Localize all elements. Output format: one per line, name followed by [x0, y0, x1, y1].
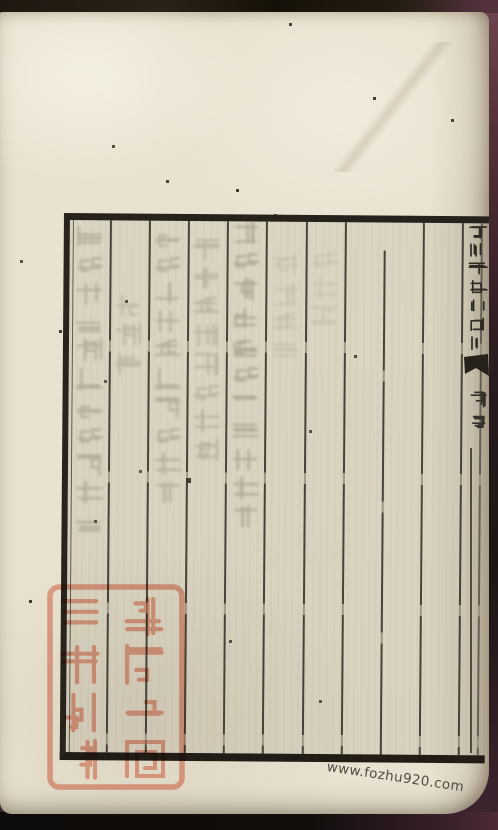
bleedthrough-text-column: [191, 236, 222, 472]
bleedthrough-text-column: [270, 252, 301, 374]
book-board-edge-bottom: [0, 812, 498, 830]
paper-crease: [300, 42, 485, 172]
column-rule-line: [458, 223, 464, 755]
bleedthrough-text-column: [309, 246, 340, 340]
watermark-url: www.fozhu920.com: [326, 759, 487, 798]
banxin-title-chars: [466, 222, 490, 360]
column-rule-line: [340, 222, 346, 754]
book-page: www.fozhu920.com: [0, 12, 489, 814]
foxing-specks: [0, 12, 1, 13]
column-rule-line: [262, 222, 268, 754]
column-rule-line: [223, 221, 229, 753]
banxin-volume-chars: [467, 388, 489, 442]
red-collection-seal: [47, 584, 185, 792]
bleedthrough-text-column: [230, 218, 261, 540]
fishtail-icon: [464, 354, 490, 380]
column-rule-line: [301, 222, 307, 754]
scanned-page-photo: www.fozhu920.com: [0, 0, 498, 830]
column-rule-line: [419, 223, 425, 755]
fold-center-line: [470, 448, 472, 753]
bleedthrough-text-column: [152, 222, 183, 515]
bleedthrough-text-column: [113, 292, 144, 386]
column-rule-line: [379, 251, 385, 755]
bleedthrough-text-column: [74, 222, 105, 544]
